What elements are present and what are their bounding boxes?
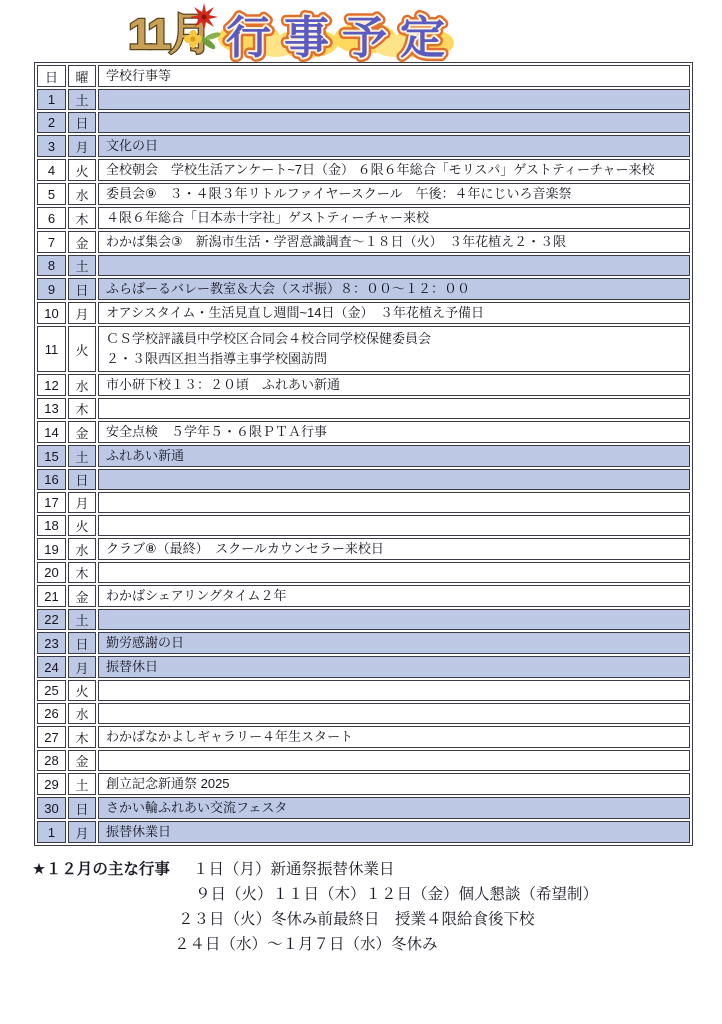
schedule-row: 30日さかい輪ふれあい交流フェスタ bbox=[37, 797, 690, 819]
schedule-page: 11月 行事予定 行事予定 行事予定 bbox=[0, 0, 722, 1024]
cell-day: 30 bbox=[37, 797, 66, 819]
schedule-row: 5水委員会⑨ ３・４限３年リトルファイヤースクール 午後：４年にじいろ音楽祭 bbox=[37, 183, 690, 205]
cell-day: 25 bbox=[37, 680, 66, 701]
cell-day: 29 bbox=[37, 773, 66, 795]
page-header: 11月 行事予定 行事予定 行事予定 bbox=[0, 0, 722, 62]
cell-weekday: 日 bbox=[68, 632, 96, 654]
schedule-table: 日 曜 学校行事等 1土2日3月文化の日4火全校朝会 学校生活アンケート~7日（… bbox=[34, 62, 693, 846]
cell-day: 27 bbox=[37, 726, 66, 748]
schedule-row: 17月 bbox=[37, 492, 690, 513]
cell-weekday: 日 bbox=[68, 112, 96, 133]
cell-day: 3 bbox=[37, 135, 66, 157]
cell-event bbox=[98, 469, 690, 490]
cell-event bbox=[98, 562, 690, 583]
cell-day: 4 bbox=[37, 159, 66, 181]
schedule-row: 28金 bbox=[37, 750, 690, 771]
schedule-row: 25火 bbox=[37, 680, 690, 701]
cell-weekday: 木 bbox=[68, 562, 96, 583]
cell-event: わかば集会③ 新潟市生活・学習意識調査～１８日（火） ３年花植え２・３限 bbox=[98, 231, 690, 253]
december-line: ２４日（水）～１月７日（水）冬休み bbox=[32, 932, 722, 957]
cell-day: 1 bbox=[37, 89, 66, 110]
cell-weekday: 木 bbox=[68, 398, 96, 419]
cell-event bbox=[98, 515, 690, 536]
cell-event: 委員会⑨ ３・４限３年リトルファイヤースクール 午後：４年にじいろ音楽祭 bbox=[98, 183, 690, 205]
schedule-row: 26水 bbox=[37, 703, 690, 724]
cell-day: 16 bbox=[37, 469, 66, 490]
schedule-row: 23日勤労感謝の日 bbox=[37, 632, 690, 654]
cell-weekday: 木 bbox=[68, 726, 96, 748]
schedule-row: 8土 bbox=[37, 255, 690, 276]
cell-day: 18 bbox=[37, 515, 66, 536]
december-events-section: ★１２月の主な行事 １日（月）新通祭振替休業日 ９日（火）１１日（木）１２日（金… bbox=[32, 857, 722, 957]
cell-weekday: 土 bbox=[68, 445, 96, 467]
page-title: 行事予定 bbox=[226, 12, 458, 63]
cell-day: 5 bbox=[37, 183, 66, 205]
cell-event: 市小研下校１３：２０頃 ふれあい新通 bbox=[98, 374, 690, 396]
cell-weekday: 土 bbox=[68, 255, 96, 276]
cell-weekday: 月 bbox=[68, 135, 96, 157]
schedule-row: 21金わかばシェアリングタイム２年 bbox=[37, 585, 690, 607]
december-line: ２３日（火）冬休み前最終日 授業４限給食後下校 bbox=[32, 907, 722, 932]
schedule-row: 24月振替休日 bbox=[37, 656, 690, 678]
cell-weekday: 水 bbox=[68, 538, 96, 560]
cell-weekday: 金 bbox=[68, 750, 96, 771]
cell-weekday: 日 bbox=[68, 278, 96, 300]
cell-event bbox=[98, 89, 690, 110]
cell-event: 全校朝会 学校生活アンケート~7日（金） ６限６年総合「モリスパ」ゲストティーチ… bbox=[98, 159, 690, 181]
cell-weekday: 月 bbox=[68, 302, 96, 324]
cell-event: わかばシェアリングタイム２年 bbox=[98, 585, 690, 607]
cell-event: ふらばーるバレー教室＆大会（スポ振）８：００～１２：００ bbox=[98, 278, 690, 300]
cell-weekday: 日 bbox=[68, 797, 96, 819]
december-line: ９日（火）１１日（木）１２日（金）個人懇談（希望制） bbox=[32, 882, 722, 907]
cell-day: 8 bbox=[37, 255, 66, 276]
cell-day: 10 bbox=[37, 302, 66, 324]
cell-weekday: 火 bbox=[68, 515, 96, 536]
cell-weekday: 日 bbox=[68, 469, 96, 490]
cell-weekday: 金 bbox=[68, 421, 96, 443]
schedule-row: 2日 bbox=[37, 112, 690, 133]
schedule-table-wrap: 日 曜 学校行事等 1土2日3月文化の日4火全校朝会 学校生活アンケート~7日（… bbox=[34, 62, 722, 846]
cell-weekday: 水 bbox=[68, 374, 96, 396]
schedule-row: 1土 bbox=[37, 89, 690, 110]
cell-day: 23 bbox=[37, 632, 66, 654]
schedule-row: 9日ふらばーるバレー教室＆大会（スポ振）８：００～１２：００ bbox=[37, 278, 690, 300]
schedule-row: 4火全校朝会 学校生活アンケート~7日（金） ６限６年総合「モリスパ」ゲストティ… bbox=[37, 159, 690, 181]
header-row: 日 曜 学校行事等 bbox=[37, 65, 690, 87]
cell-day: 20 bbox=[37, 562, 66, 583]
december-line: ★１２月の主な行事 １日（月）新通祭振替休業日 bbox=[32, 857, 722, 882]
cell-weekday: 月 bbox=[68, 492, 96, 513]
cell-event: 文化の日 bbox=[98, 135, 690, 157]
cell-day: 13 bbox=[37, 398, 66, 419]
cell-weekday: 月 bbox=[68, 821, 96, 843]
schedule-row: 13木 bbox=[37, 398, 690, 419]
schedule-row: 1月振替休業日 bbox=[37, 821, 690, 843]
cell-event bbox=[98, 255, 690, 276]
cell-day: 21 bbox=[37, 585, 66, 607]
cell-event: ４限６年総合「日本赤十字社」ゲストティーチャー来校 bbox=[98, 207, 690, 229]
schedule-row: 7金わかば集会③ 新潟市生活・学習意識調査～１８日（火） ３年花植え２・３限 bbox=[37, 231, 690, 253]
cell-event: 勤労感謝の日 bbox=[98, 632, 690, 654]
cell-day: 17 bbox=[37, 492, 66, 513]
schedule-row: 10月オアシスタイム・生活見直し週間~14日（金） ３年花植え予備日 bbox=[37, 302, 690, 324]
cell-day: 9 bbox=[37, 278, 66, 300]
month-banner-graphic: 11月 行事予定 行事予定 行事予定 bbox=[126, 2, 478, 64]
cell-day: 12 bbox=[37, 374, 66, 396]
cell-weekday: 金 bbox=[68, 585, 96, 607]
cell-event: さかい輪ふれあい交流フェスタ bbox=[98, 797, 690, 819]
schedule-row: 20木 bbox=[37, 562, 690, 583]
cell-weekday: 土 bbox=[68, 89, 96, 110]
december-event-text: １日（月）新通祭振替休業日 bbox=[193, 857, 395, 882]
schedule-row: 27木わかばなかよしギャラリー４年生スタート bbox=[37, 726, 690, 748]
cell-event: 振替休業日 bbox=[98, 821, 690, 843]
cell-day: 28 bbox=[37, 750, 66, 771]
cell-day: 6 bbox=[37, 207, 66, 229]
cell-event: クラブ⑧（最終） スクールカウンセラー来校日 bbox=[98, 538, 690, 560]
cell-event bbox=[98, 680, 690, 701]
cell-day: 14 bbox=[37, 421, 66, 443]
cell-day: 22 bbox=[37, 609, 66, 630]
cell-weekday: 火 bbox=[68, 680, 96, 701]
cell-event bbox=[98, 609, 690, 630]
december-label: ★１２月の主な行事 bbox=[32, 857, 193, 882]
cell-event bbox=[98, 492, 690, 513]
cell-event bbox=[98, 112, 690, 133]
schedule-row: 6木４限６年総合「日本赤十字社」ゲストティーチャー来校 bbox=[37, 207, 690, 229]
cell-event: 振替休日 bbox=[98, 656, 690, 678]
column-header-weekday: 曜 bbox=[68, 65, 96, 87]
schedule-row: 15土ふれあい新通 bbox=[37, 445, 690, 467]
cell-weekday: 火 bbox=[68, 159, 96, 181]
cell-event: 創立記念新通祭 2025 bbox=[98, 773, 690, 795]
cell-day: 24 bbox=[37, 656, 66, 678]
schedule-row: 29土創立記念新通祭 2025 bbox=[37, 773, 690, 795]
cell-weekday: 木 bbox=[68, 207, 96, 229]
cell-event bbox=[98, 703, 690, 724]
schedule-row: 11火ＣＳ学校評議員中学校区合同会４校合同学校保健委員会 ２・３限西区担当指導主… bbox=[37, 326, 690, 372]
cell-weekday: 金 bbox=[68, 231, 96, 253]
column-header-events: 学校行事等 bbox=[98, 65, 690, 87]
cell-event: 安全点検 ５学年５・６限ＰＴＡ行事 bbox=[98, 421, 690, 443]
schedule-row: 18火 bbox=[37, 515, 690, 536]
schedule-row: 19水クラブ⑧（最終） スクールカウンセラー来校日 bbox=[37, 538, 690, 560]
cell-day: 1 bbox=[37, 821, 66, 843]
cell-event: わかばなかよしギャラリー４年生スタート bbox=[98, 726, 690, 748]
schedule-row: 14金安全点検 ５学年５・６限ＰＴＡ行事 bbox=[37, 421, 690, 443]
cell-weekday: 土 bbox=[68, 609, 96, 630]
schedule-row: 12水市小研下校１３：２０頃 ふれあい新通 bbox=[37, 374, 690, 396]
cell-weekday: 月 bbox=[68, 656, 96, 678]
cell-weekday: 水 bbox=[68, 703, 96, 724]
column-header-day: 日 bbox=[37, 65, 66, 87]
schedule-row: 22土 bbox=[37, 609, 690, 630]
cell-day: 26 bbox=[37, 703, 66, 724]
cell-event bbox=[98, 750, 690, 771]
cell-day: 19 bbox=[37, 538, 66, 560]
cell-event bbox=[98, 398, 690, 419]
cell-day: 7 bbox=[37, 231, 66, 253]
schedule-row: 16日 bbox=[37, 469, 690, 490]
cell-day: 15 bbox=[37, 445, 66, 467]
cell-day: 2 bbox=[37, 112, 66, 133]
cell-weekday: 火 bbox=[68, 326, 96, 372]
cell-event: ＣＳ学校評議員中学校区合同会４校合同学校保健委員会 ２・３限西区担当指導主事学校… bbox=[98, 326, 690, 372]
cell-weekday: 水 bbox=[68, 183, 96, 205]
cell-event: ふれあい新通 bbox=[98, 445, 690, 467]
schedule-row: 3月文化の日 bbox=[37, 135, 690, 157]
cell-weekday: 土 bbox=[68, 773, 96, 795]
cell-day: 11 bbox=[37, 326, 66, 372]
cell-event: オアシスタイム・生活見直し週間~14日（金） ３年花植え予備日 bbox=[98, 302, 690, 324]
